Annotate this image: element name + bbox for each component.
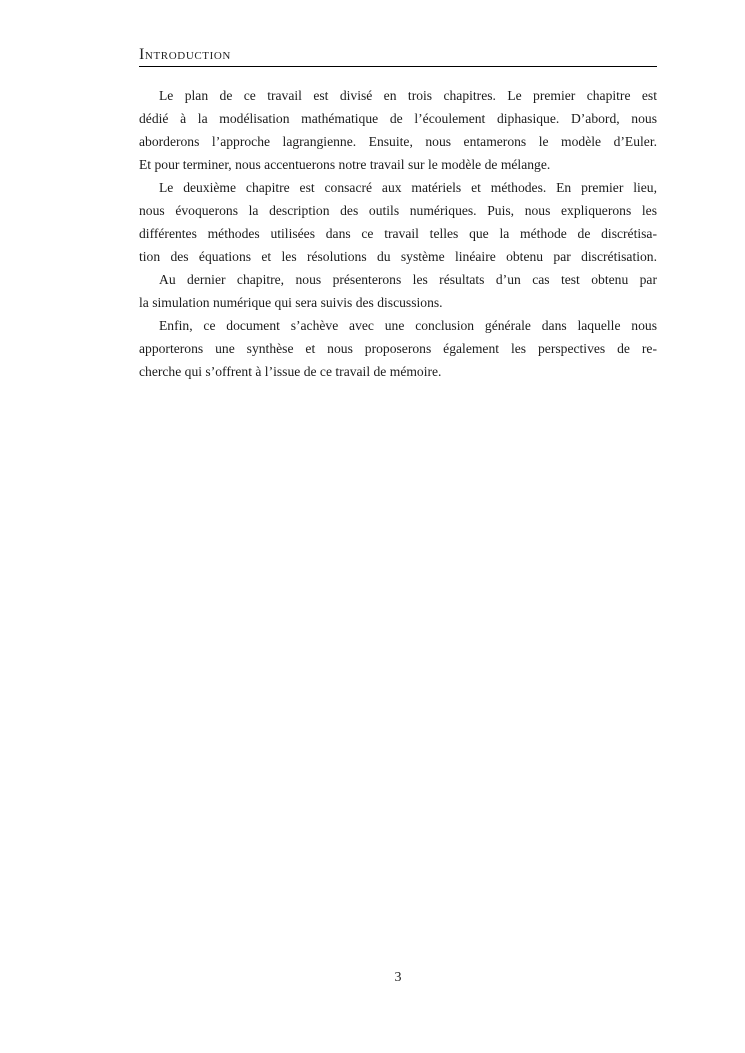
page-number: 3 bbox=[395, 970, 402, 985]
page-footer: 3 bbox=[139, 968, 657, 986]
text-line: différentes méthodes utilisées dans ce t… bbox=[139, 222, 657, 245]
text-line: Le deuxième chapitre est consacré aux ma… bbox=[139, 176, 657, 199]
text-line: Au dernier chapitre, nous présenterons l… bbox=[139, 268, 657, 291]
paragraph: Au dernier chapitre, nous présenterons l… bbox=[139, 268, 657, 314]
running-head-title: Introduction bbox=[139, 47, 657, 63]
header-rule bbox=[139, 66, 657, 67]
running-head: Introduction bbox=[139, 47, 657, 67]
text-line: Et pour terminer, nous accentuerons notr… bbox=[139, 153, 657, 176]
document-page: Introduction Le plan de ce travail est d… bbox=[0, 0, 745, 1053]
text-line: Le plan de ce travail est divisé en troi… bbox=[139, 84, 657, 107]
paragraph: Le plan de ce travail est divisé en troi… bbox=[139, 84, 657, 176]
paragraph: Le deuxième chapitre est consacré aux ma… bbox=[139, 176, 657, 268]
text-line: nous évoquerons la description des outil… bbox=[139, 199, 657, 222]
text-line: dédié à la modélisation mathématique de … bbox=[139, 107, 657, 130]
text-line: la simulation numérique qui sera suivis … bbox=[139, 291, 657, 314]
text-line: apporterons une synthèse et nous propose… bbox=[139, 337, 657, 360]
text-line: tion des équations et les résolutions du… bbox=[139, 245, 657, 268]
text-line: cherche qui s’offrent à l’issue de ce tr… bbox=[139, 360, 657, 383]
text-line: aborderons l’approche lagrangienne. Ensu… bbox=[139, 130, 657, 153]
paragraph: Enfin, ce document s’achève avec une con… bbox=[139, 314, 657, 383]
text-line: Enfin, ce document s’achève avec une con… bbox=[139, 314, 657, 337]
body-text: Le plan de ce travail est divisé en troi… bbox=[139, 84, 657, 383]
